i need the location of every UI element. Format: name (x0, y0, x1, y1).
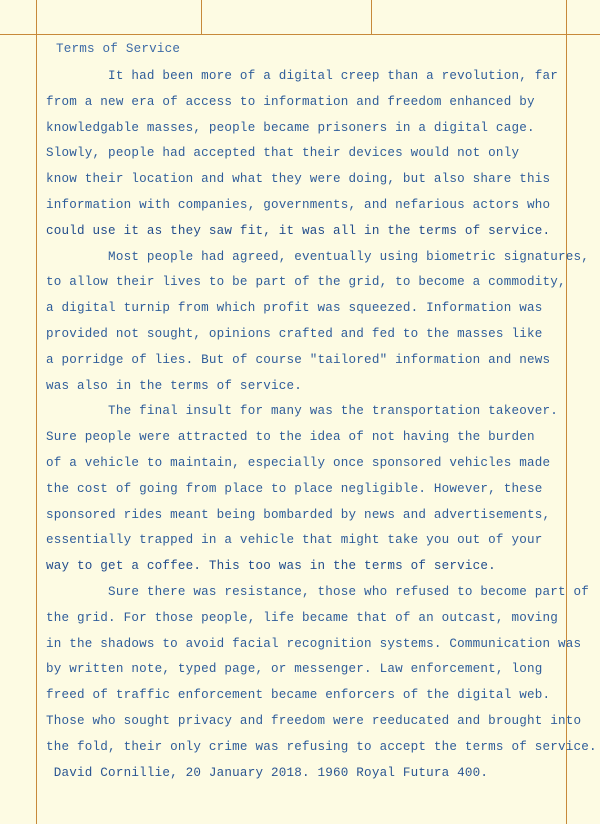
header-divider-1 (201, 0, 202, 34)
text-line: Those who sought privacy and freedom wer… (46, 709, 576, 735)
text-line: knowledgable masses, people became priso… (46, 116, 576, 142)
text-line: in the shadows to avoid facial recogniti… (46, 632, 576, 658)
header-rule (0, 34, 600, 35)
text-line: to allow their lives to be part of the g… (46, 270, 576, 296)
text-line: It had been more of a digital creep than… (46, 64, 576, 90)
text-line: freed of traffic enforcement became enfo… (46, 683, 576, 709)
document-title: Terms of Service (56, 42, 576, 56)
text-line: The final insult for many was the transp… (46, 399, 576, 425)
paragraph: It had been more of a digital creep than… (46, 64, 576, 245)
signature-line: David Cornillie, 20 January 2018. 1960 R… (46, 761, 576, 787)
text-line: the fold, their only crime was refusing … (46, 735, 576, 761)
text-line: a digital turnip from which profit was s… (46, 296, 576, 322)
text-line: Sure people were attracted to the idea o… (46, 425, 576, 451)
text-line: Most people had agreed, eventually using… (46, 245, 576, 271)
paragraph: Sure there was resistance, those who ref… (46, 580, 576, 761)
text-line: way to get a coffee. This too was in the… (46, 554, 576, 580)
text-line: information with companies, governments,… (46, 193, 576, 219)
text-line: Sure there was resistance, those who ref… (46, 580, 576, 606)
text-line: Slowly, people had accepted that their d… (46, 141, 576, 167)
text-line: of a vehicle to maintain, especially onc… (46, 451, 576, 477)
paragraph: Most people had agreed, eventually using… (46, 245, 576, 400)
text-line: the grid. For those people, life became … (46, 606, 576, 632)
text-line: the cost of going from place to place ne… (46, 477, 576, 503)
text-line: provided not sought, opinions crafted an… (46, 322, 576, 348)
text-line: essentially trapped in a vehicle that mi… (46, 528, 576, 554)
text-line: sponsored rides meant being bombarded by… (46, 503, 576, 529)
text-line: could use it as they saw fit, it was all… (46, 219, 576, 245)
text-line: from a new era of access to information … (46, 90, 576, 116)
text-line: a porridge of lies. But of course "tailo… (46, 348, 576, 374)
typed-page: Terms of Service It had been more of a d… (46, 42, 576, 786)
text-line: know their location and what they were d… (46, 167, 576, 193)
text-line: by written note, typed page, or messenge… (46, 657, 576, 683)
paragraph: The final insult for many was the transp… (46, 399, 576, 580)
text-line: was also in the terms of service. (46, 374, 576, 400)
left-margin-rule (36, 0, 37, 824)
header-divider-2 (371, 0, 372, 34)
